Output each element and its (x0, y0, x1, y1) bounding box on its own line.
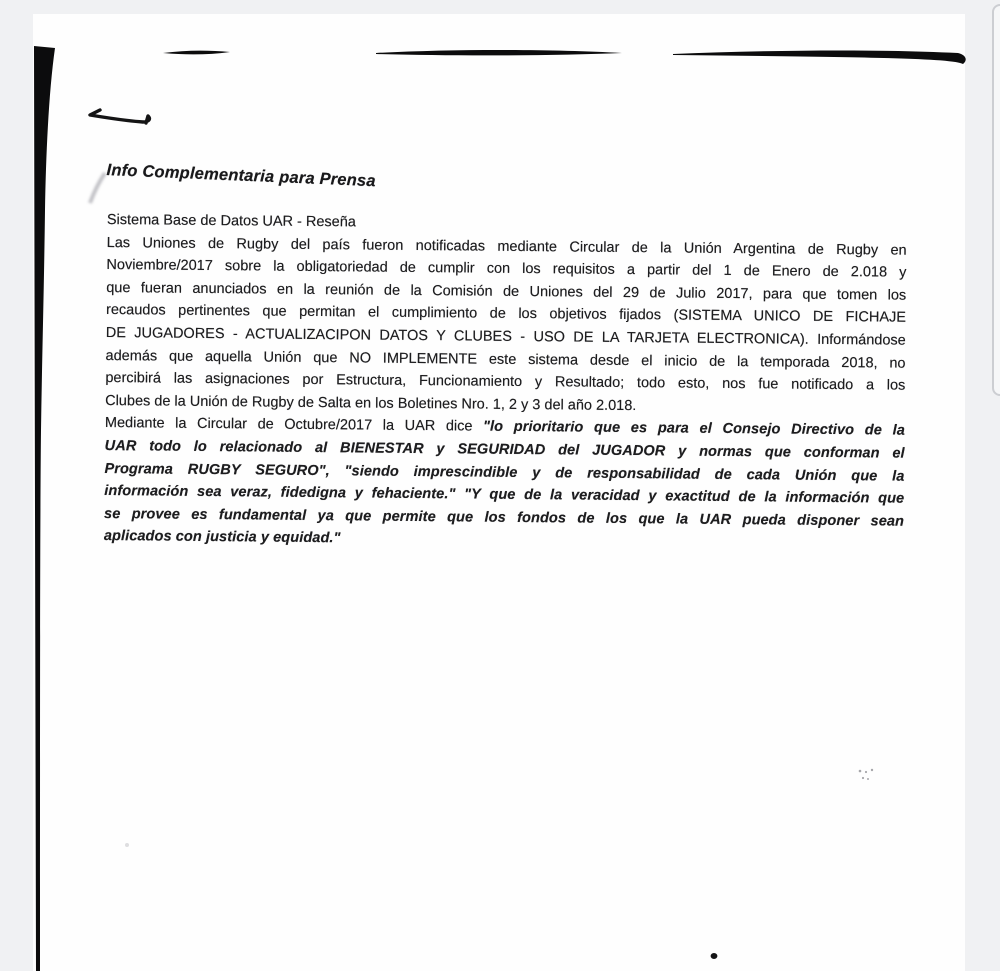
scanned-document-viewport: Info Complementaria para Prensa Sistema … (0, 0, 1000, 971)
emphasized-text-segment: aplicados con justicia y equidad." (104, 528, 341, 546)
document-body: Sistema Base de Datos UAR - Reseña Las U… (104, 209, 907, 556)
emphasized-text-segment: UAR todo lo relacionado al BIENESTAR y S… (105, 438, 905, 462)
document-paragraphs: Las Uniones de Rugby del país fueron not… (104, 232, 907, 556)
text-segment: Clubes de la Unión de Rugby de Salta en … (105, 393, 636, 414)
emphasized-text-segment: "lo prioritario que es para el Consejo D… (483, 419, 905, 439)
text-segment: DE JUGADORES - ACTUALIZACIPON DATOS Y CL… (106, 325, 906, 349)
text-segment: Mediante la Circular de Octubre/2017 la … (105, 415, 483, 435)
scrollbar-thumb[interactable] (992, 4, 1000, 396)
